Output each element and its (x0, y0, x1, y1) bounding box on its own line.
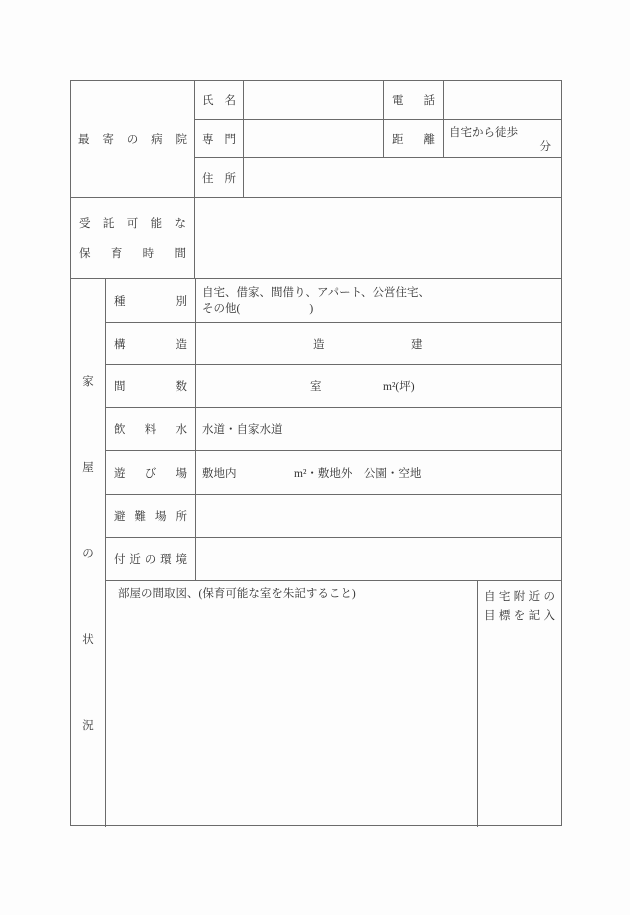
floorplan-header: 部屋の間取図、(保育可能な室を朱記すること) (118, 588, 356, 600)
hospital-specialty-label-cell: 専門 (195, 120, 244, 158)
structure-field: 造 建 (196, 323, 561, 364)
rooms-field: 室 m²(坪) (196, 365, 561, 407)
structure-stories: 建 (411, 336, 423, 352)
environment-field (196, 538, 561, 580)
care-hours-label-line2: 保育時間 (71, 245, 194, 261)
hospital-address-label: 住所 (195, 170, 243, 186)
house-condition-vertical-label: 家屋の状況 (71, 279, 106, 827)
structure-label-cell: 構造 (106, 323, 196, 364)
playground-options-text: 敷地内 m²・敷地外 公園・空地 (202, 465, 421, 481)
distance-walk-note: 自宅から徒歩 (449, 124, 518, 140)
type-options-line2: その他( ) (202, 301, 313, 317)
hospital-name-label-cell: 氏名 (195, 81, 244, 119)
care-hours-label-cell: 受託可能な 保育時間 (71, 198, 195, 278)
nearest-hospital-label: 最寄の病院 (71, 131, 194, 147)
hospital-distance-label: 距離 (384, 131, 443, 147)
care-hours-label-line1: 受託可能な (71, 215, 194, 231)
house-condition-rows: 種別 自宅、借家、間借り、アパート、公営住宅、 その他( ) 構造 造 建 (106, 279, 561, 827)
environment-label-cell: 付近の環境 (106, 538, 196, 580)
landmark-note-cell: 自宅附近の 目標を記入 (478, 581, 561, 827)
playground-label: 遊び場 (106, 465, 195, 481)
rooms-area-unit: m²(坪) (383, 378, 415, 394)
water-label-cell: 飲料水 (106, 408, 196, 450)
type-options-line1: 自宅、借家、間借り、アパート、公営住宅、 (202, 285, 430, 301)
rooms-label: 間数 (106, 378, 195, 394)
hospital-distance-label-cell: 距離 (384, 120, 444, 158)
house-row-rooms: 間数 室 m²(坪) (106, 365, 561, 408)
hospital-address-field (244, 158, 561, 197)
hospital-specialty-field (244, 120, 384, 158)
care-hours-section: 受託可能な 保育時間 (71, 198, 561, 279)
type-label-cell: 種別 (106, 279, 196, 322)
landmark-note-line2: 目標を記入 (484, 607, 555, 626)
hospital-specialty-label: 専門 (195, 131, 243, 147)
structure-label: 構造 (106, 336, 195, 352)
structure-built-of: 造 (313, 336, 325, 352)
form-table: 最寄の病院 氏名 電話 専門 距離 (70, 80, 562, 826)
nearest-hospital-section: 最寄の病院 氏名 電話 専門 距離 (71, 81, 561, 198)
house-row-environment: 付近の環境 (106, 538, 561, 581)
water-options: 水道・自家水道 (196, 408, 561, 450)
distance-minutes-unit: 分 (540, 138, 552, 154)
form-page: { "page": { "background": "#fdfdfd", "bo… (0, 0, 630, 915)
type-options: 自宅、借家、間借り、アパート、公営住宅、 その他( ) (196, 279, 561, 322)
rooms-unit: 室 (310, 378, 322, 394)
hospital-address-label-cell: 住所 (195, 158, 244, 197)
house-row-type: 種別 自宅、借家、間借り、アパート、公営住宅、 その他( ) (106, 279, 561, 323)
house-row-playground: 遊び場 敷地内 m²・敷地外 公園・空地 (106, 451, 561, 495)
nearest-hospital-label-cell: 最寄の病院 (71, 81, 195, 197)
evacuation-field (196, 495, 561, 537)
water-label: 飲料水 (106, 421, 195, 437)
type-label: 種別 (106, 293, 195, 309)
playground-options: 敷地内 m²・敷地外 公園・空地 (196, 451, 561, 494)
evacuation-label: 避難場所 (106, 508, 195, 524)
rooms-label-cell: 間数 (106, 365, 196, 407)
floorplan-area: 部屋の間取図、(保育可能な室を朱記すること) (106, 581, 478, 827)
hospital-name-label: 氏名 (195, 92, 243, 108)
hospital-distance-field: 自宅から徒歩 分 (444, 120, 561, 158)
evacuation-label-cell: 避難場所 (106, 495, 196, 537)
hospital-detail-grid: 氏名 電話 専門 距離 自宅から徒歩 分 (195, 81, 561, 197)
hospital-phone-label-cell: 電話 (384, 81, 444, 119)
landmark-note-line1: 自宅附近の (484, 588, 555, 607)
playground-label-cell: 遊び場 (106, 451, 196, 494)
house-row-structure: 構造 造 建 (106, 323, 561, 365)
hospital-name-field (244, 81, 384, 119)
house-row-water: 飲料水 水道・自家水道 (106, 408, 561, 451)
floorplan-row: 部屋の間取図、(保育可能な室を朱記すること) 自宅附近の 目標を記入 (106, 581, 561, 827)
house-row-evacuation: 避難場所 (106, 495, 561, 538)
hospital-phone-field (444, 81, 561, 119)
house-condition-section: 家屋の状況 種別 自宅、借家、間借り、アパート、公営住宅、 その他( ) 構造 … (71, 279, 561, 827)
water-options-text: 水道・自家水道 (202, 421, 283, 437)
care-hours-field (195, 198, 561, 278)
environment-label: 付近の環境 (106, 551, 195, 567)
hospital-phone-label: 電話 (384, 92, 443, 108)
